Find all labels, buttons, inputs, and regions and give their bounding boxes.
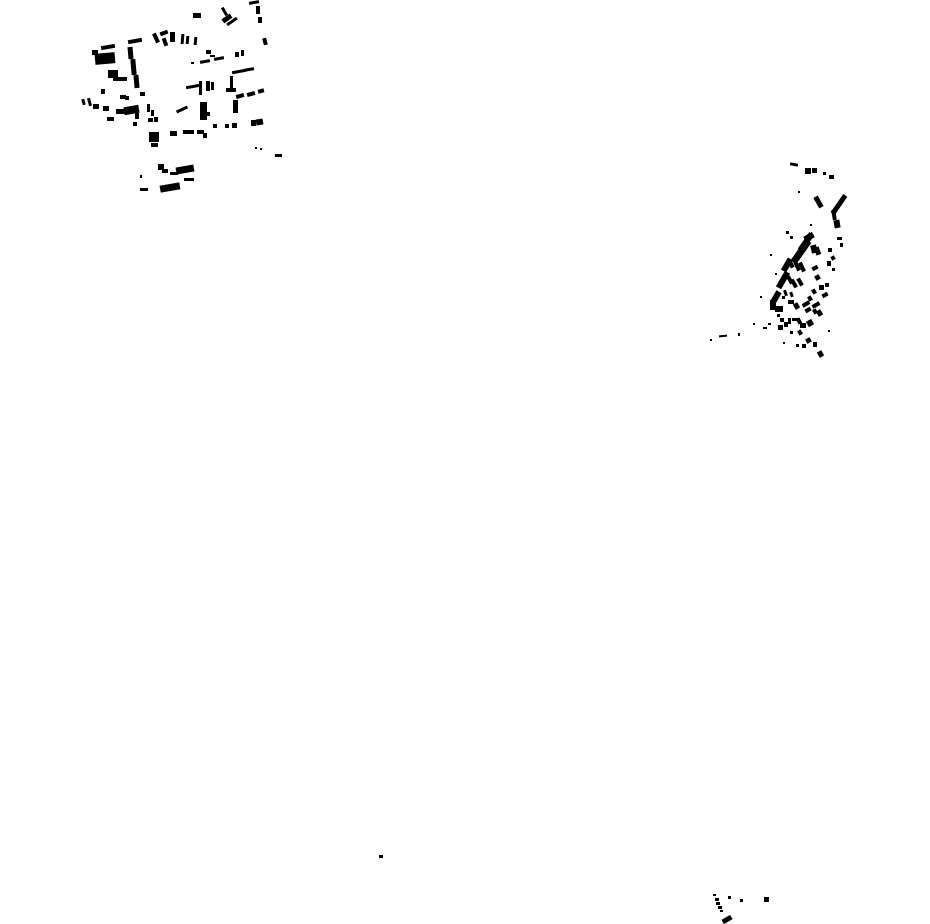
building-footprint — [125, 96, 129, 100]
building-footprint — [810, 224, 812, 226]
building-footprint — [786, 231, 789, 234]
building-footprint — [738, 333, 740, 336]
building-footprint — [796, 278, 803, 287]
building-footprint — [147, 104, 150, 112]
building-footprint — [197, 130, 204, 134]
building-footprint — [784, 322, 788, 327]
building-footprint — [183, 130, 194, 134]
building-footprint — [241, 50, 244, 56]
building-footprint — [194, 37, 198, 45]
building-footprint — [721, 915, 732, 924]
building-footprint — [206, 81, 210, 91]
building-footprint — [226, 88, 236, 92]
building-footprint — [148, 118, 153, 122]
building-footprint — [816, 309, 823, 317]
building-footprint — [140, 92, 145, 96]
building-footprint — [200, 102, 207, 120]
building-footprint — [763, 327, 767, 329]
building-footprint — [804, 307, 811, 313]
building-footprint — [135, 113, 139, 119]
building-footprint — [797, 329, 803, 335]
building-footprint — [93, 104, 99, 109]
building-footprint — [379, 855, 383, 858]
building-footprint — [170, 172, 178, 175]
building-footprint — [191, 62, 194, 64]
building-footprint — [128, 38, 142, 44]
building-footprint — [87, 98, 92, 107]
building-footprint — [802, 300, 811, 307]
building-footprint — [160, 182, 181, 192]
building-footprint — [206, 50, 211, 54]
building-footprint — [783, 290, 788, 297]
building-footprint — [213, 124, 217, 128]
building-footprint — [780, 318, 784, 322]
building-footprint — [176, 106, 188, 114]
building-footprint — [127, 47, 133, 59]
building-footprint — [81, 99, 85, 106]
building-footprint — [840, 243, 843, 247]
building-footprint — [828, 248, 832, 252]
building-footprint — [247, 91, 256, 97]
building-footprint — [827, 261, 831, 266]
building-footprint — [103, 106, 109, 111]
building-footprint — [811, 265, 818, 271]
building-footprint — [789, 292, 794, 298]
building-footprint — [710, 339, 712, 341]
building-footprint — [186, 84, 200, 89]
building-footprint — [770, 254, 772, 256]
building-footprint — [788, 318, 791, 324]
building-footprint — [805, 337, 812, 344]
building-footprint — [211, 82, 214, 90]
building-footprint — [133, 75, 139, 88]
building-footprint — [828, 330, 830, 332]
building-footprint — [262, 38, 268, 46]
building-footprint — [812, 301, 821, 308]
building-footprint — [221, 7, 228, 16]
building-footprint — [830, 255, 835, 260]
building-footprint — [798, 191, 800, 193]
building-footprint — [199, 81, 202, 95]
building-footprint — [258, 17, 262, 23]
building-footprint — [782, 296, 785, 299]
building-footprint — [162, 38, 168, 47]
building-footprint — [800, 323, 806, 328]
east-settlement — [710, 162, 847, 358]
building-footprint — [207, 112, 210, 116]
building-footprint — [149, 132, 159, 142]
building-footprint — [170, 131, 177, 136]
building-footprint — [256, 6, 260, 14]
building-footprint — [790, 331, 793, 334]
building-footprint — [107, 117, 114, 121]
building-footprint-map — [0, 0, 930, 924]
building-footprint — [825, 283, 829, 287]
building-footprint — [160, 30, 169, 36]
building-footprint — [225, 124, 229, 128]
building-footprint — [210, 55, 215, 57]
building-footprint — [790, 162, 798, 166]
building-footprint — [151, 143, 158, 147]
building-footprint — [812, 168, 817, 173]
building-footprint — [260, 148, 262, 150]
building-footprint — [95, 52, 116, 65]
building-footprint — [833, 220, 840, 229]
building-footprint — [790, 236, 793, 239]
building-footprint — [133, 122, 137, 126]
northwest-settlement — [81, 0, 282, 193]
building-footprint — [200, 59, 210, 64]
building-footprint — [193, 13, 201, 18]
building-footprint — [101, 44, 115, 50]
building-footprint — [176, 164, 195, 174]
building-footprint — [716, 902, 720, 905]
building-footprint — [753, 323, 755, 325]
building-footprint — [255, 147, 257, 149]
building-footprint — [244, 67, 254, 72]
building-footprint — [720, 910, 723, 912]
building-footprint — [140, 188, 148, 191]
building-footprint — [829, 175, 834, 179]
building-footprint — [275, 154, 282, 157]
building-footprint — [740, 899, 743, 902]
building-footprint — [256, 118, 264, 125]
building-footprint — [806, 319, 814, 327]
building-footprint — [777, 314, 780, 317]
building-footprint — [817, 350, 824, 358]
building-footprint — [819, 285, 824, 290]
building-footprint — [823, 172, 826, 175]
building-footprint — [154, 117, 158, 122]
building-footprint — [811, 288, 817, 294]
building-footprint — [718, 906, 722, 909]
building-footprint — [170, 32, 175, 42]
building-footprint — [249, 0, 259, 5]
building-footprint — [719, 335, 727, 338]
building-footprint — [232, 123, 237, 128]
building-footprint — [778, 325, 783, 330]
building-footprint — [113, 77, 127, 81]
building-footprint — [181, 34, 185, 44]
building-footprint — [235, 52, 239, 57]
building-footprint — [236, 93, 245, 99]
building-footprint — [783, 342, 785, 344]
building-footprint — [151, 110, 154, 116]
building-footprint — [203, 133, 207, 138]
isolated-building — [379, 855, 383, 858]
south-settlement — [713, 894, 769, 924]
building-footprint — [258, 88, 265, 93]
building-footprint — [814, 274, 821, 281]
building-footprint — [715, 898, 719, 901]
building-footprint — [764, 897, 769, 902]
building-footprint — [760, 296, 762, 298]
building-footprint — [813, 196, 823, 209]
building-footprint — [775, 306, 783, 312]
building-footprint — [813, 342, 817, 347]
building-footprint — [832, 268, 835, 271]
building-footprint — [184, 178, 194, 181]
building-footprint — [186, 36, 190, 44]
building-footprint — [775, 273, 777, 275]
building-footprint — [713, 894, 716, 896]
building-footprint — [791, 239, 812, 264]
building-footprint — [152, 33, 160, 44]
building-footprint — [814, 246, 821, 255]
building-footprint — [821, 292, 828, 298]
building-footprint — [802, 344, 806, 348]
building-footprint — [805, 168, 811, 174]
building-footprint — [768, 323, 771, 325]
building-footprint — [214, 56, 224, 61]
building-footprint — [162, 169, 168, 173]
building-footprint — [837, 237, 842, 240]
building-footprint — [728, 896, 731, 899]
building-footprint — [233, 100, 238, 113]
building-footprint — [788, 300, 794, 304]
building-footprint — [140, 175, 142, 178]
building-footprint — [796, 344, 799, 347]
building-footprint — [251, 120, 256, 126]
building-footprint — [230, 76, 233, 90]
building-footprint — [130, 59, 136, 75]
building-footprint — [101, 89, 105, 94]
building-footprint — [108, 70, 118, 78]
